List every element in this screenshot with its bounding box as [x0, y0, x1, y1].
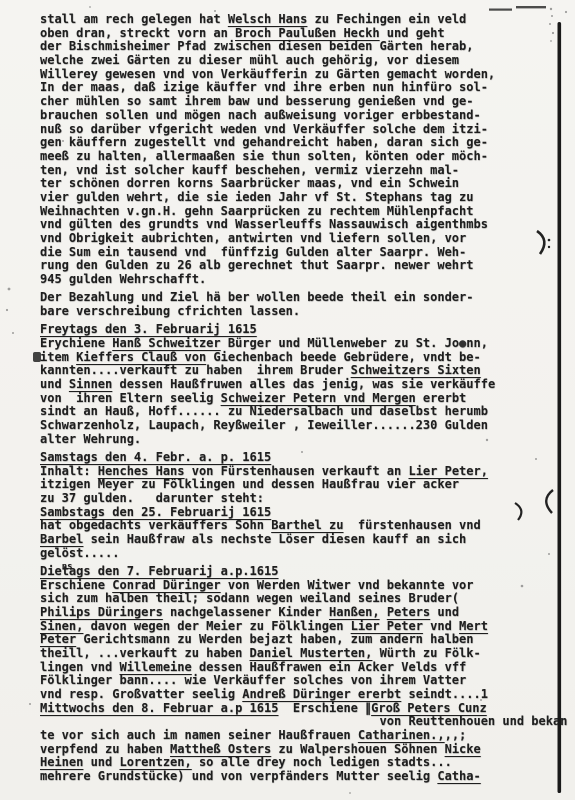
text-run: vnd gülten des grundts vnd Wasserleuffs … — [40, 217, 488, 231]
text-run: und — [40, 377, 69, 391]
text-run: bare verschreibung cfrichten lassen. — [40, 304, 300, 318]
text-run: Gerichtsmann zu Werden bejazt haben, zum… — [76, 632, 473, 646]
underlined-name: Sambstags den 25. Februarij 1615 — [40, 505, 271, 519]
text-run: fürstenhausen vnd — [343, 518, 480, 532]
text-line: Fölklinger bann.... wie Verkäuffer solch… — [40, 674, 567, 688]
text-line: sindt an Hauß, Hoff...... zu Niedersalba… — [40, 405, 567, 419]
text-run: von Fürstenhausen verkauft an — [185, 464, 409, 478]
text-run: Der Bezahlung und Ziel hä ber wollen bee… — [40, 290, 473, 304]
text-line: ter schönen dorren korns Saarbrücker maa… — [40, 177, 567, 191]
text-line: vnd gülten des grundts vnd Wasserleuffs … — [40, 218, 567, 232]
text-run: Erychiene — [40, 336, 112, 350]
text-run: Fölklinger bann.... wie Verkäuffer solch… — [40, 673, 466, 687]
text-run: 945 gulden Wehrschafft. — [40, 272, 206, 286]
underlined-name: Die — [40, 564, 62, 578]
underlined-name: Broch Paulußen Heckh — [235, 26, 380, 40]
text-run: Bürger und Müllenweber zu St. Jo — [221, 336, 459, 350]
underlined-name: Heinen — [40, 755, 83, 769]
text-run: vnd Obrigkeit aubrichten, antwirten vnd … — [40, 231, 466, 245]
text-line: gen käuffern zugestellt vnd gehandreicht… — [40, 136, 567, 150]
text-run: ten, vnd ist solcher kauff beschehen, ve… — [40, 163, 459, 177]
document-page: stall am rech gelegen hat Welsch Hans zu… — [0, 0, 575, 800]
text-run: welche zwei Gärten zu dieser mühl auch g… — [40, 53, 459, 67]
text-run: und — [83, 755, 119, 769]
text-run: sindt an Hauß, Hoff...... zu Niedersalba… — [40, 404, 488, 418]
text-run: item — [40, 350, 76, 364]
text-run: Schwarzenholz, Laupach, Reyßweiler , Iew… — [40, 418, 488, 432]
text-line: von Reuttenhouen und bekan — [40, 715, 567, 729]
underlined-name: tags den 7. Februarij a.p.1615 — [62, 564, 279, 578]
underlined-name: Henches Hans — [98, 464, 185, 478]
text-line: zu 37 gulden. darunter steht: — [40, 492, 567, 506]
text-line: 945 gulden Wehrschafft. — [40, 273, 567, 287]
text-line: Erychiene Hanß Schweitzer Bürger und Mül… — [40, 337, 567, 351]
text-run: vnd — [423, 619, 459, 633]
text-run: meeß zu halten, allermaaßen sie thun sol… — [40, 149, 488, 163]
text-run: der Bischmisheimer Pfad zwischen diesen … — [40, 39, 473, 53]
text-line: Peter Gerichtsmann zu Werden bejazt habe… — [40, 633, 567, 647]
text-run: Willerey gewesen vnd von Verkäufferin zu… — [40, 67, 495, 81]
text-line: alter Wehrung. — [40, 433, 567, 447]
text-line: brauchen sollen und mögen nach außweisun… — [40, 109, 567, 123]
text-run: rung den Gulden zu 26 alb gerechnet thut… — [40, 258, 473, 272]
underlined-name: Mert — [459, 619, 488, 633]
text-line: cher mühlen so samt ihrem baw und besser… — [40, 95, 567, 109]
text-run: nn, — [466, 336, 488, 350]
entry-heading: Samstags den 4. Febr. a. p. 1615 — [40, 451, 567, 465]
text-run: theill, ...verkauft zu haben — [40, 646, 250, 660]
text-run: zu 37 gulden. darunter steht: — [40, 491, 264, 505]
text-run: sich zum halben theil; sodann wegen weil… — [40, 591, 459, 605]
text-run: verpfend zu haben — [40, 742, 170, 756]
underlined-name: Barthel zu — [271, 518, 343, 532]
text-line: Der Bezahlung und Ziel hä ber wollen bee… — [40, 291, 567, 305]
text-run: kannten....verkauft zu haben ihrem Brude… — [40, 363, 351, 377]
underlined-name: Schweitzers Sixten — [351, 363, 481, 377]
text-run: gen käuffern zugestellt vnd gehandreicht… — [40, 135, 488, 149]
underlined-name: Sinen, — [40, 619, 83, 633]
text-run: Giechenbach beede Gebrüdere, vndt be- — [206, 350, 481, 364]
text-run: vnd resp. Großvatter seelig — [40, 687, 242, 701]
text-run: und — [430, 605, 459, 619]
text-run: cher mühlen so samt ihrem baw und besser… — [40, 94, 473, 108]
text-line: rung den Gulden zu 26 alb gerechnet thut… — [40, 259, 567, 273]
text-run: Erschiene — [40, 578, 112, 592]
underlined-name: Peter — [40, 632, 76, 646]
text-line: vnd Obrigkeit aubrichten, antwirten vnd … — [40, 232, 567, 246]
text-run: itzigen Meyer zu Fölklingen und dessen H… — [40, 477, 459, 491]
text-run: nuß so darüber vfgericht weden vnd Verkä… — [40, 122, 488, 136]
text-line: vnd resp. Großvatter seelig Andreß Dürin… — [40, 688, 567, 702]
underlined-name: Conrad Düringer — [112, 578, 220, 592]
text-line: Barbel sein Haußfraw als nechste Löser d… — [40, 533, 567, 547]
underlined-name: Hanßen, — [329, 605, 380, 619]
text-run: davon wegen der Meier zu Fölklingen — [83, 619, 350, 633]
text-line: kannten....verkauft zu haben ihrem Brude… — [40, 364, 567, 378]
text-run: oben dran, streckt vorn an — [40, 26, 235, 40]
text-run: dessen Haußfrawen ein Acker Velds vff — [192, 660, 467, 674]
underlined-name: Sinnen — [69, 377, 112, 391]
underlined-name: Catha- — [437, 769, 480, 783]
entry-heading: Freytags den 3. Februarij 1615 — [40, 323, 567, 337]
text-run: hat obgedachts verkäuffers Sohn — [40, 518, 271, 532]
underlined-name: Groß Peters Cunz — [371, 701, 487, 715]
underlined-name: Daniel Musterten, — [250, 646, 373, 660]
ink-blot: ● — [459, 336, 466, 350]
text-run: ,,; — [445, 728, 467, 742]
underlined-name: Andreß Düringer ererbt — [242, 687, 401, 701]
underlined-name: Hanß Schweitzer — [112, 336, 220, 350]
text-line: der Bischmisheimer Pfad zwischen diesen … — [40, 40, 567, 54]
text-run: so alle drey noch ledigen stadts... — [192, 755, 452, 769]
text-line: bare verschreibung cfrichten lassen. — [40, 305, 567, 319]
text-run: die Sum ein tausend vnd fünffzig Gulden … — [40, 245, 466, 259]
underlined-name: Lorentzen, — [119, 755, 191, 769]
underlined-name: Barbel — [40, 532, 83, 546]
underlined-name: Kieffers Clauß von — [76, 350, 206, 364]
text-line: theill, ...verkauft zu haben Daniel Must… — [40, 647, 567, 661]
text-run: mehrere Grundstücke) und von verpfänders… — [40, 769, 437, 783]
entry-heading: Dienstags den 7. Februarij a.p.1615 — [40, 565, 567, 579]
text-run: und geht — [380, 26, 445, 40]
text-run: zu Fechingen ein veld — [307, 12, 466, 26]
underlined-name: Peters — [387, 605, 430, 619]
pencil-dash — [489, 9, 512, 11]
text-run: nachgelassener Kinder — [163, 605, 329, 619]
text-line: itzigen Meyer zu Fölklingen und dessen H… — [40, 478, 567, 492]
text-run: zu Walpershouen Söhnen — [271, 742, 444, 756]
underlined-name: Philips Düringers — [40, 605, 163, 619]
text-run: ter schönen dorren korns Saarbrücker maa… — [40, 176, 459, 190]
underlined-name: Willemeine — [119, 660, 191, 674]
text-line: stall am rech gelegen hat Welsch Hans zu… — [40, 13, 567, 27]
text-run: von Werden Witwer vnd bekannte vor — [221, 578, 474, 592]
text-line: vier gulden wehrt, die sie ieden Jahr vf… — [40, 191, 567, 205]
underlined-name: Freytags den 3. Februarij 1615 — [40, 322, 257, 336]
text-run: gelöst..... — [40, 546, 119, 560]
text-run: Weihnachten v.gn.H. gehn Saarprücken zu … — [40, 204, 473, 218]
text-line: gelöst..... — [40, 547, 567, 561]
text-run: lingen vnd — [40, 660, 119, 674]
text-line: und Sinnen dessen Haußfruwen alles das j… — [40, 378, 567, 392]
text-run: Erschiene ∥ — [278, 701, 371, 715]
underlined-name: Nicke — [445, 742, 481, 756]
text-line: Schwarzenholz, Laupach, Reyßweiler , Iew… — [40, 419, 567, 433]
text-line: te vor sich auch im namen seiner Haußfra… — [40, 729, 567, 743]
text-run: brauchen sollen und mögen nach außweisun… — [40, 108, 481, 122]
pencil-dash — [516, 6, 546, 8]
text-run: alter Wehrung. — [40, 432, 141, 446]
text-line: meeß zu halten, allermaaßen sie thun sol… — [40, 150, 567, 164]
text-run: von ihren Eltern seelig — [40, 391, 221, 405]
text-run: ererbt — [416, 391, 467, 405]
underlined-name: Samstags den 4. Febr. a. p. 1615 — [40, 450, 271, 464]
text-run: sein Haußfraw als nechste Löser diesen k… — [83, 532, 466, 546]
text-run: vier gulden wehrt, die sie ieden Jahr vf… — [40, 190, 473, 204]
underlined-name: Welsch Hans — [228, 12, 307, 26]
document-text: stall am rech gelegen hat Welsch Hans zu… — [40, 13, 567, 784]
text-line: Philips Düringers nachgelassener Kinder … — [40, 606, 567, 620]
text-run: dessen Haußfruwen alles das jenig, was s… — [112, 377, 495, 391]
text-run: von Reuttenhouen und bekan — [40, 714, 567, 728]
underlined-name: Catharinen., — [358, 728, 445, 742]
text-run: te vor sich auch im namen seiner Haußfra… — [40, 728, 358, 742]
underlined-name: Lier Peter, — [408, 464, 487, 478]
text-line: mehrere Grundstücke) und von verpfänders… — [40, 770, 567, 784]
underlined-name: Mittwochs den 8. Februar a.p 1615 — [40, 701, 278, 715]
text-line: sich zum halben theil; sodann wegen weil… — [40, 592, 567, 606]
text-run: In der maas, daß izige käuffer vnd ihre … — [40, 80, 488, 94]
text-run: Würth zu Fölk- — [372, 646, 480, 660]
text-run: seindt....1 — [401, 687, 488, 701]
underlined-name: Mattheß Osters — [170, 742, 271, 756]
text-run: stall am rech gelegen hat — [40, 12, 228, 26]
underlined-name: Schweizer Petern vnd Mergen — [221, 391, 416, 405]
underlined-name: Lier Peter — [351, 619, 423, 633]
text-run — [380, 605, 387, 619]
text-line: welche zwei Gärten zu dieser mühl auch g… — [40, 54, 567, 68]
text-line: hat obgedachts verkäuffers Sohn Barthel … — [40, 519, 567, 533]
text-run: Inhalt: — [40, 464, 98, 478]
